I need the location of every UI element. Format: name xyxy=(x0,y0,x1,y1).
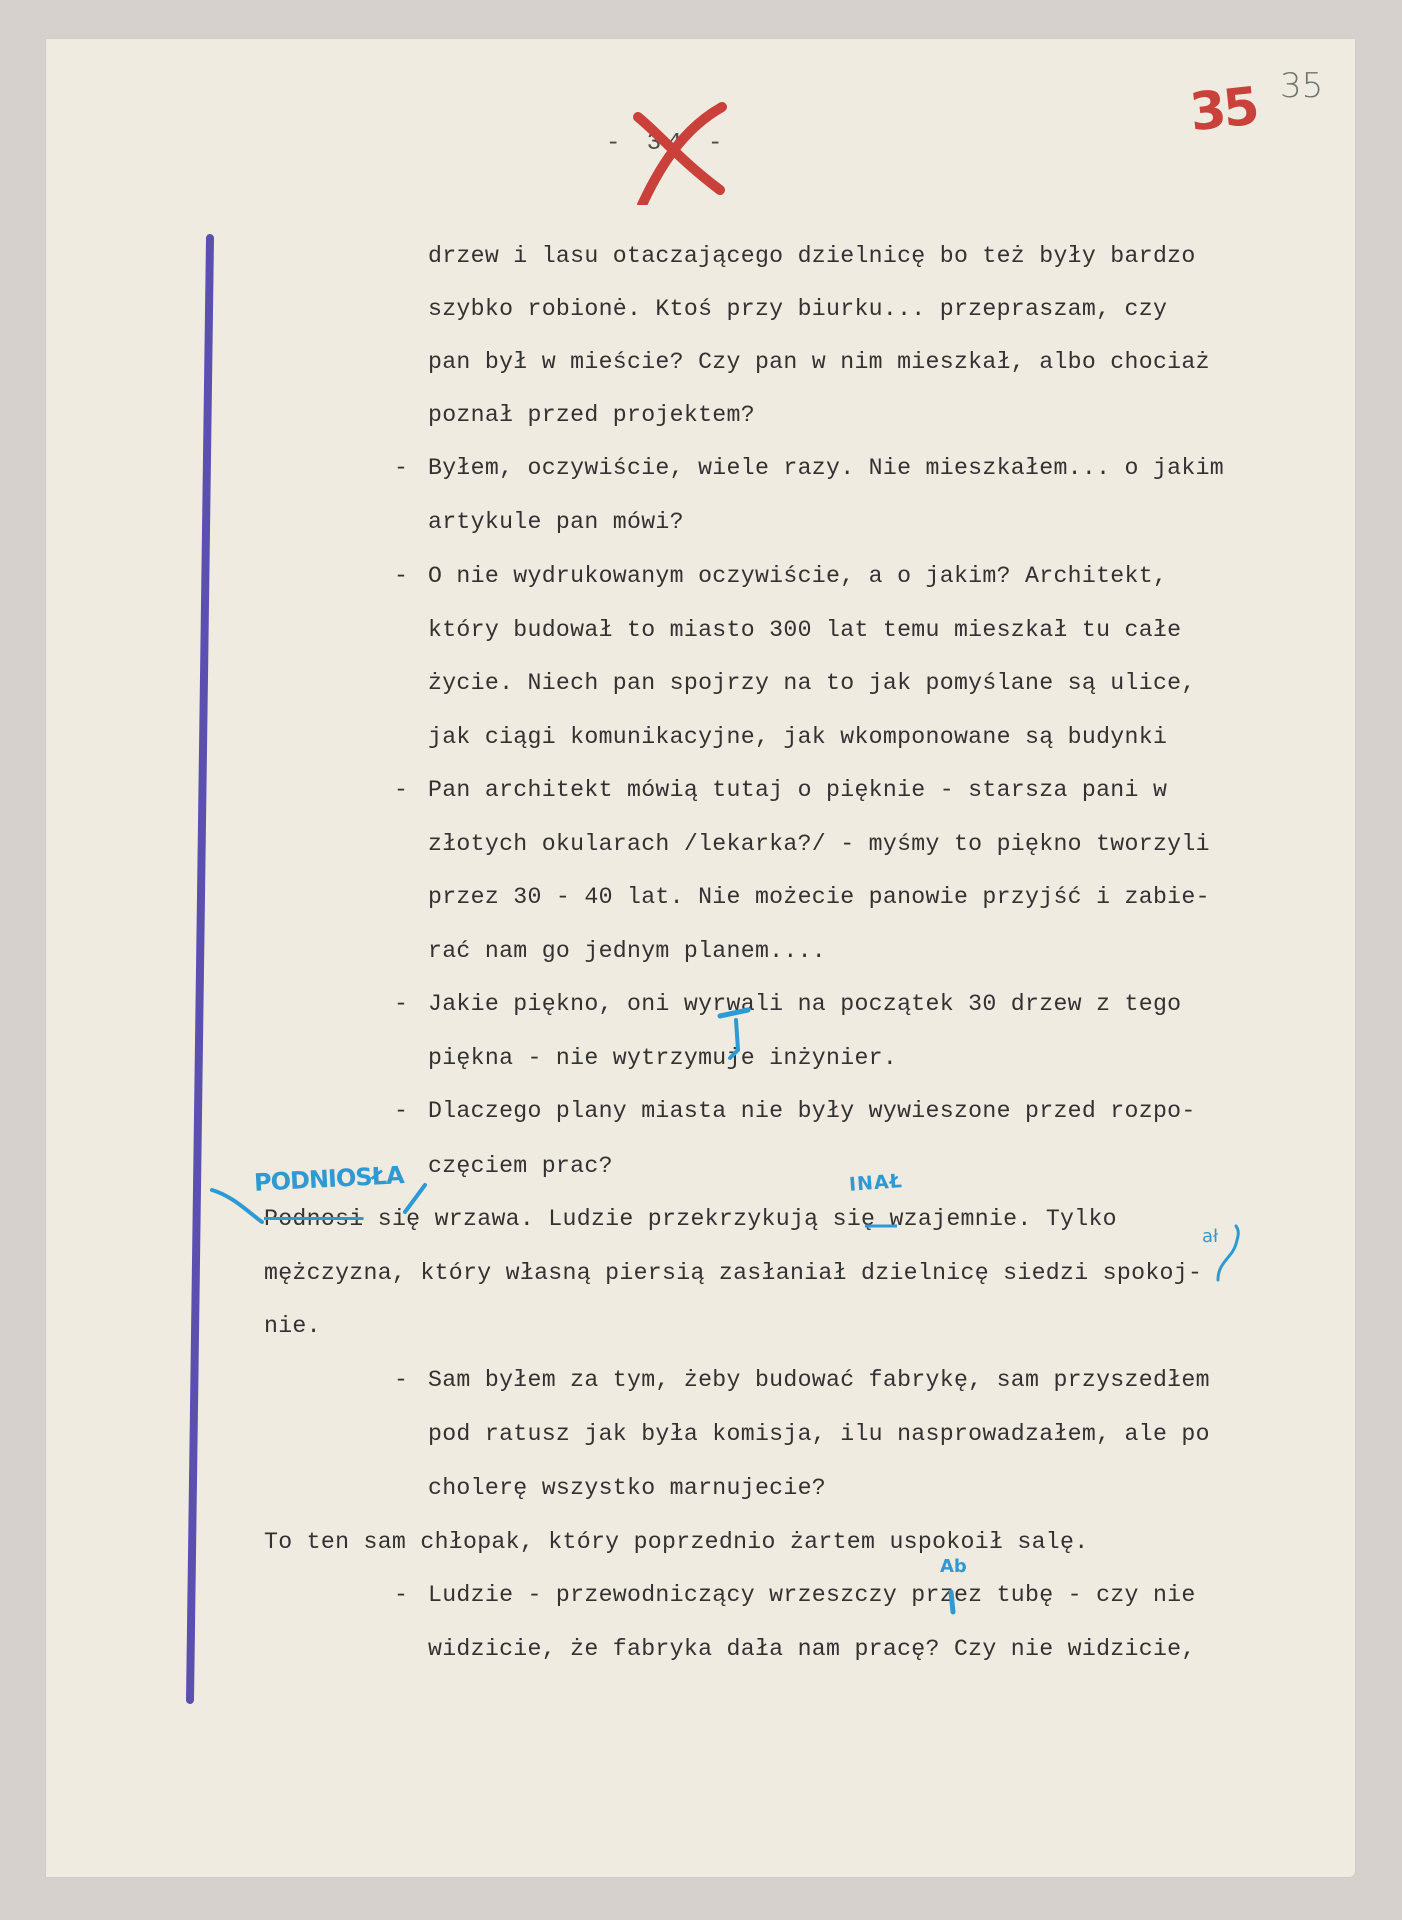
text-line: Pan architekt mówią tutaj o pięknie - st… xyxy=(428,776,1167,804)
text-line: widzicie, że fabryka dała nam pracę? Czy… xyxy=(428,1635,1196,1663)
text-line: poznał przed projektem? xyxy=(428,401,755,429)
narration-line: To ten sam chłopak, który poprzednio żar… xyxy=(264,1528,1088,1556)
narration-line: nie. xyxy=(264,1312,321,1340)
text-line: rać nam go jednym planem.... xyxy=(428,937,826,965)
red-page-number: 35 xyxy=(1187,77,1259,144)
annotation-al: ał xyxy=(1202,1226,1218,1247)
text-line: artykule pan mówi? xyxy=(428,508,684,536)
narration-line: Podnosi się wrzawa. Ludzie przekrzykują … xyxy=(264,1205,1117,1233)
text-line: który budował to miasto 300 lat temu mie… xyxy=(428,616,1181,644)
struck-word: Podnosi xyxy=(264,1206,364,1232)
text-line: złotych okularach /lekarka?/ - myśmy to … xyxy=(428,830,1210,858)
dialogue-dash: - xyxy=(394,990,408,1018)
text-line: Byłem, oczywiście, wiele razy. Nie miesz… xyxy=(428,454,1224,482)
text-line: Sam byłem za tym, żeby budować fabrykę, … xyxy=(428,1366,1210,1394)
text-line: pan był w mieście? Czy pan w nim mieszka… xyxy=(428,348,1210,376)
dialogue-dash: - xyxy=(394,1097,408,1125)
text-line: przez 30 - 40 lat. Nie możecie panowie p… xyxy=(428,883,1210,911)
text-line: życie. Niech pan spojrzy na to jak pomyś… xyxy=(428,669,1196,697)
text-line: drzew i lasu otaczającego dzielnicę bo t… xyxy=(428,242,1196,270)
red-cross-out-mark-icon xyxy=(630,95,730,205)
narration-line: mężczyzna, który własną piersią zasłania… xyxy=(264,1259,1202,1287)
text-line: cholerę wszystko marnujecie? xyxy=(428,1474,826,1502)
text-line: szybko robionė. Ktoś przy biurku... prze… xyxy=(428,295,1167,323)
text-line: pod ratusz jak była komisja, ilu nasprow… xyxy=(428,1420,1210,1448)
text-line: częciem prac? xyxy=(428,1152,613,1180)
dialogue-dash: - xyxy=(394,454,408,482)
pencil-page-number: 35 xyxy=(1280,66,1323,106)
text-line: O nie wydrukowanym oczywiście, a o jakim… xyxy=(428,562,1167,590)
annotation-ab: Ab xyxy=(940,1556,967,1577)
dialogue-dash: - xyxy=(394,562,408,590)
text-line: Jakie piękno, oni wyrwali na początek 30… xyxy=(428,990,1181,1018)
text-line: piękna - nie wytrzymuje inżynier. xyxy=(428,1044,897,1072)
annotation-inali: INAŁ xyxy=(848,1170,903,1196)
dialogue-dash: - xyxy=(394,776,408,804)
dialogue-dash: - xyxy=(394,1581,408,1609)
text-line: Ludzie - przewodniczący wrzeszczy przez … xyxy=(428,1581,1196,1609)
text-line: jak ciągi komunikacyjne, jak wkomponowan… xyxy=(428,723,1167,751)
text-line: Dlaczego plany miasta nie były wywieszon… xyxy=(428,1097,1196,1125)
dialogue-dash: - xyxy=(394,1366,408,1394)
